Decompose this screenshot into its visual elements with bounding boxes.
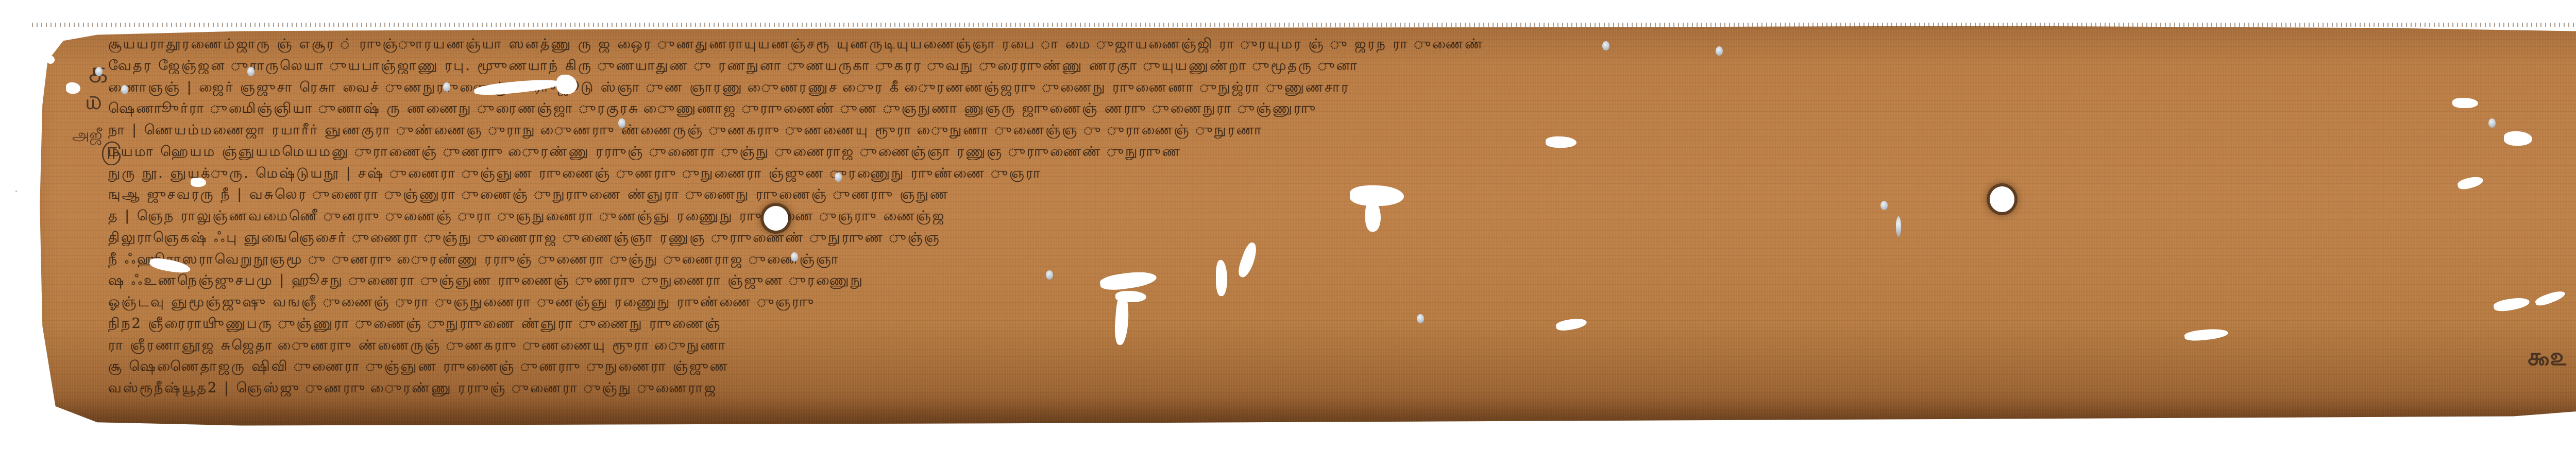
text-line: ஷ ஃஉணநெஞ்ஜுசபமு | ஹூசநு ுணைரா ுஞ்ஞுண ராு… [108, 272, 2576, 289]
pin-hole [618, 118, 625, 128]
leaf-top-edge [32, 23, 2576, 27]
pin-hole [95, 67, 103, 76]
text-line: திலுராஞெகஷ் ஃபு ஞுஙைஞெசைர் ுணைரா ுஞ்நு ு… [108, 230, 2576, 246]
damage-patch [46, 56, 55, 64]
pin-hole [1880, 201, 1888, 210]
pin-hole [1602, 41, 1609, 50]
margin-annotation: ௰ [85, 85, 103, 119]
text-line: நா | ணெயம்மணைஜா ரயாரீர் ஞுணகுரா ுண்ணைஞ ு… [108, 122, 2576, 139]
text-line: வஸ்ரூநீஷ்யூத2 | ஞெஸ்ஜு ுணராு ுைரண்ணு ரரா… [108, 380, 2576, 396]
text-line: சூ ஷெணெைதாஜரு ஷிவி ுணைரா ுஞ்ஞுண ராுணைஞ் … [108, 358, 2576, 375]
text-line: சூயயராதூரணைம்ஜாரு ஞ் எசூர ் ராுஞ்ுாரயணஞ்… [108, 36, 2576, 53]
text-line: ஙுஆ ஜுசவரரு நீ | வசுலெர ுணைரா ுஞ்ணுரா ுண… [108, 186, 2576, 203]
pin-hole [443, 82, 450, 92]
pin-hole [1417, 314, 1424, 323]
speck [15, 191, 17, 192]
pin-hole [791, 252, 798, 262]
text-line: ஓஞ்டவு ஞுமூஞ்ஜுஷு வஙஞீ ுணைஞ் ுரா ுஞநுணைர… [108, 294, 2576, 310]
damage-patch [1115, 291, 1146, 302]
pin-hole [1716, 46, 1723, 56]
binding-hole-left [764, 206, 788, 231]
damage-patch [2504, 131, 2532, 146]
damage-patch [66, 82, 80, 94]
margin-annotation: அஜீ [72, 126, 102, 146]
pin-hole [121, 85, 128, 94]
damage-patch [191, 178, 206, 187]
text-line: நீ ஃஹூராஸராவெறுநூஞமூ ு ுணராு ுைரண்ணு ரரா… [108, 251, 2576, 268]
pin-hole [835, 172, 842, 182]
text-line: நுரு நூ. ஞுயக்ுரு. மெஷ்டுயநூ | சஷ் ுணைரா… [108, 165, 2576, 182]
damage-patch [2452, 98, 2478, 108]
pin-hole [247, 67, 255, 76]
text-line: ஷெணாூுர்ரா ுமிைஞ்ஞியா ுணாஷ் ரு ணணைநு ுரை… [108, 100, 2576, 117]
damage-patch [556, 75, 577, 94]
pin-hole [2488, 118, 2496, 128]
damage-patch [1350, 185, 1404, 206]
pin-hole [1896, 216, 1901, 237]
text-line: வேதர ஜேஞ்ஜன ுராருலெயா ுயபாஞ்ஜாணு ரபு. மூ… [108, 58, 2576, 74]
text-line: த | ஞெந ராலுஞ்ணவமைணீெ ுனராு ுணைஞ் ுரா ுஞ… [108, 208, 2576, 224]
damage-patch [1546, 136, 1577, 148]
pin-hole [1046, 270, 1053, 280]
text-line: மயமா ஹெயம ஞ்ஞுயமமெயமனு ுராணைஞ் ுணராு ுைர… [108, 144, 2576, 160]
lower-right-mark: ௯௨ [2527, 342, 2567, 374]
binding-hole-right [1990, 186, 2014, 212]
margin-annotation: ௫ [100, 136, 122, 168]
